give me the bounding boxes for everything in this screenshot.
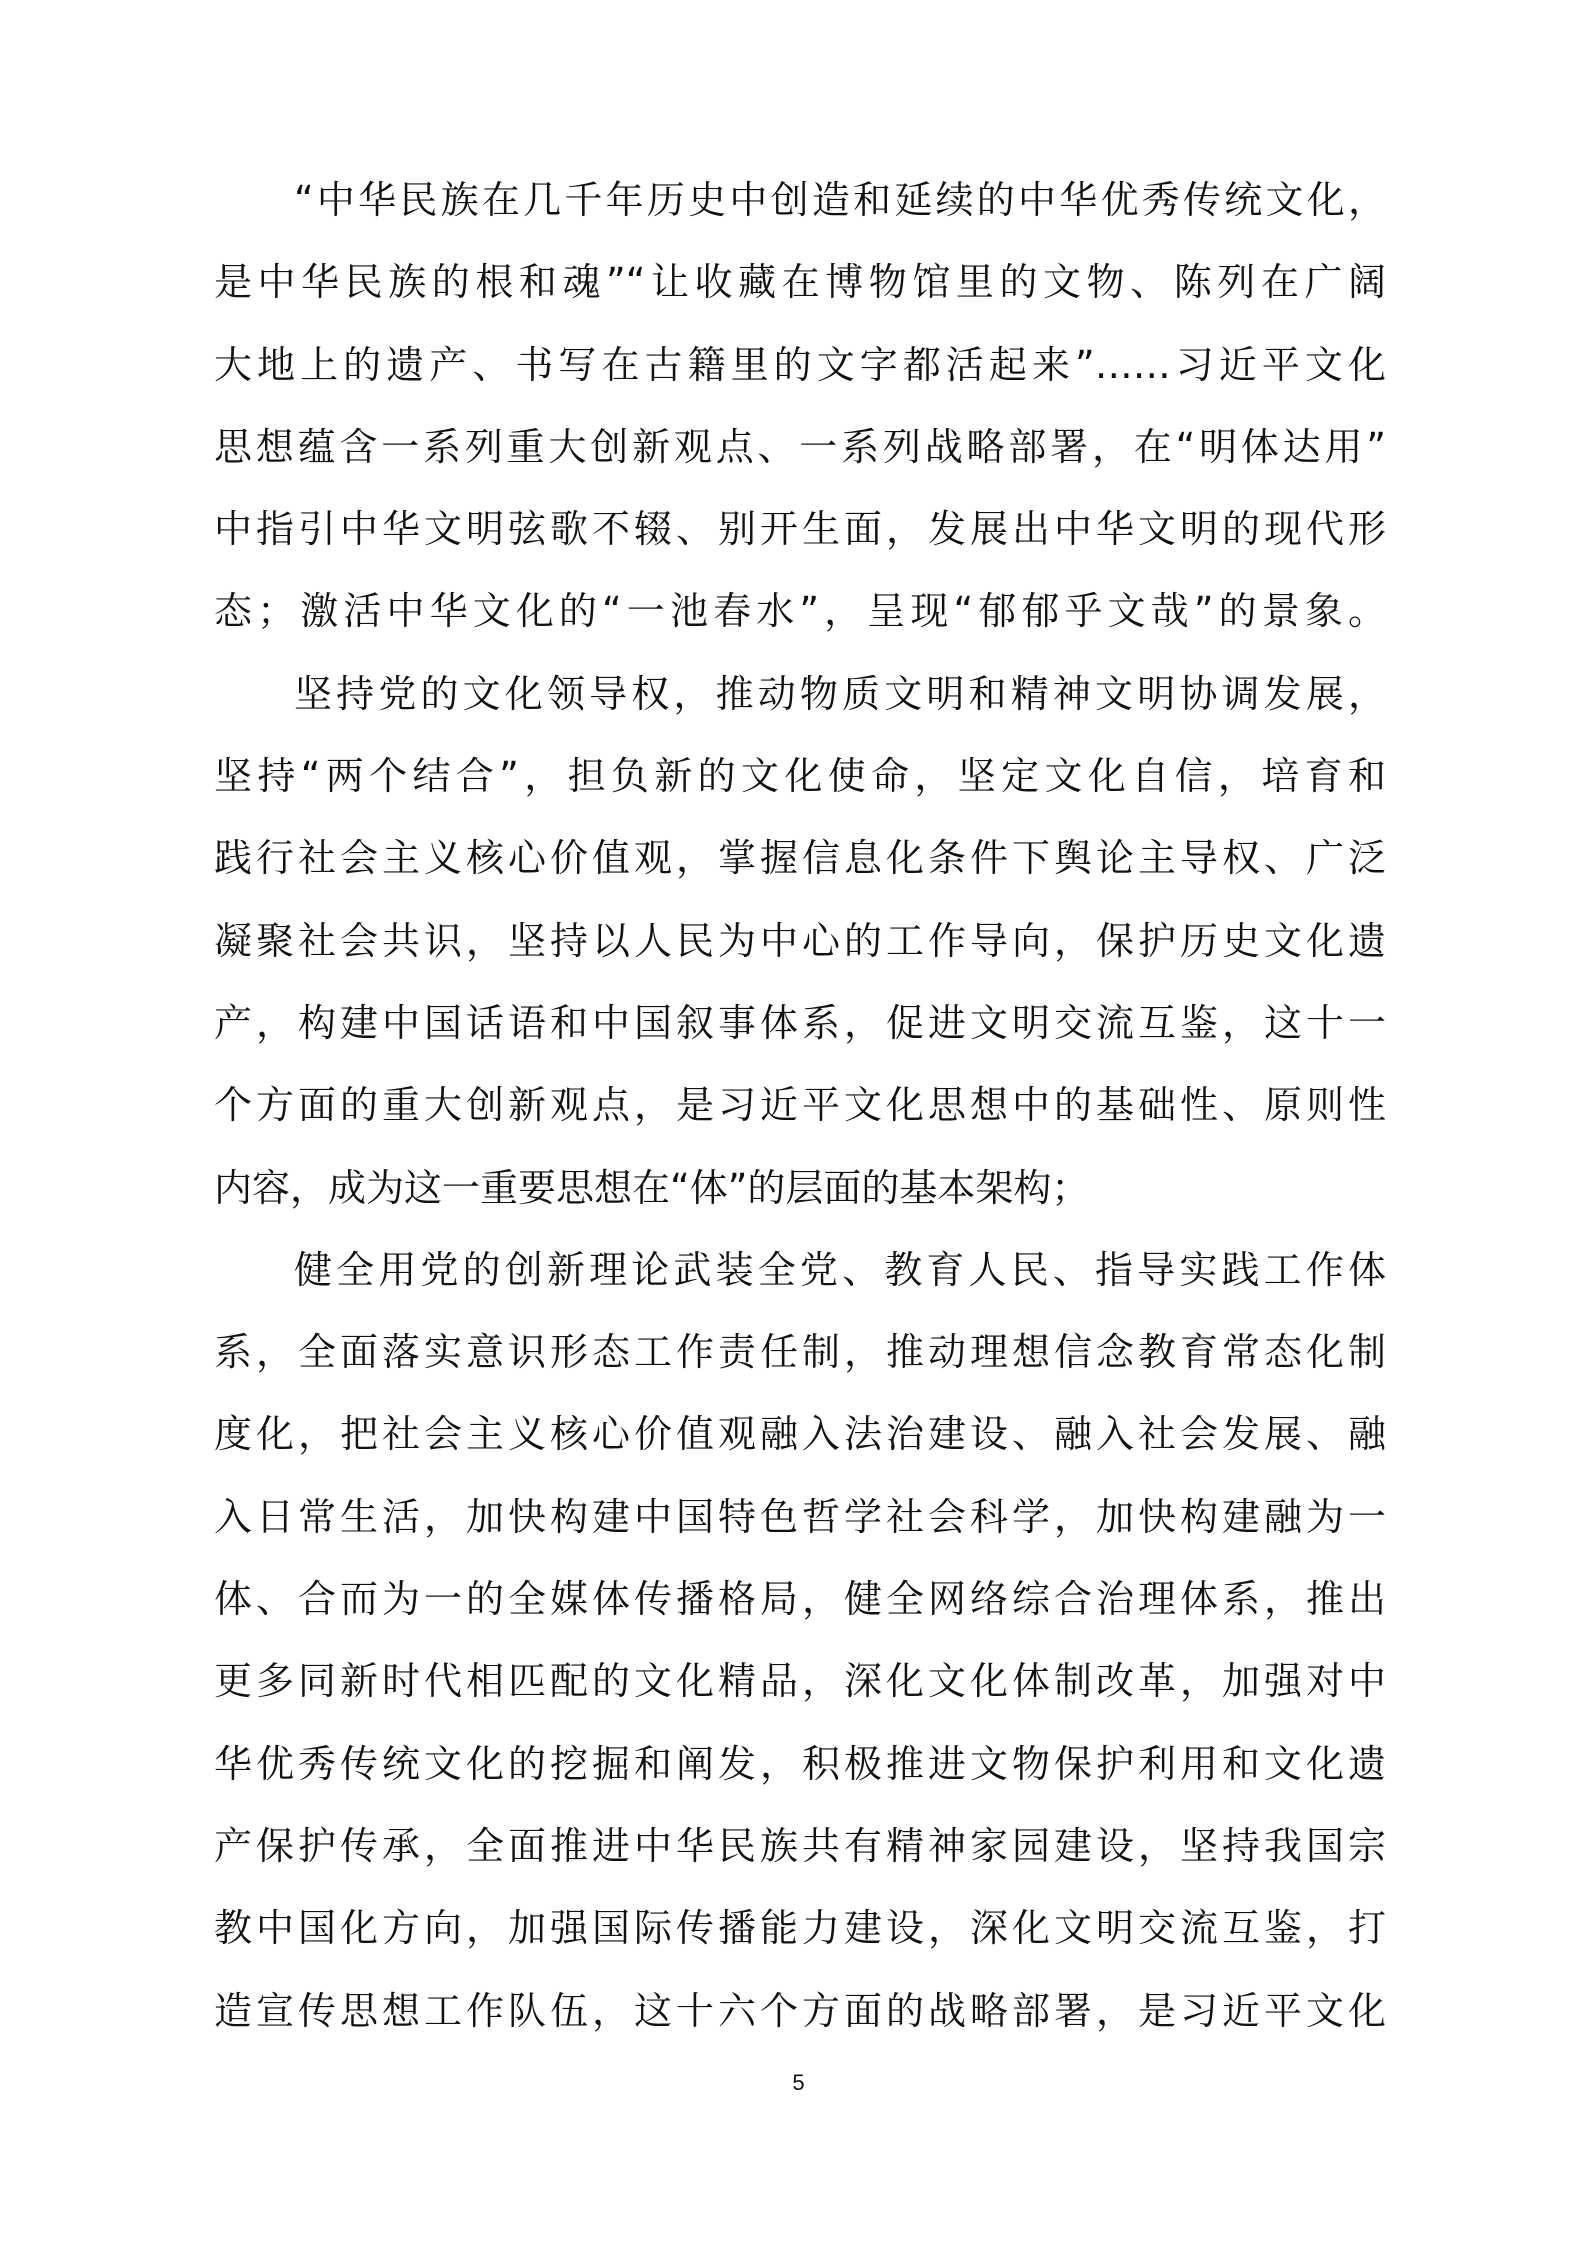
- paragraph-2-line-4: 凝聚社会共识，坚持以人民为中心的工作导向，保护历史文化遗: [214, 911, 1386, 993]
- paragraph-1-line-4: 思想蕴含一系列重大创新观点、一系列战略部署，在“明体达用”: [214, 417, 1386, 499]
- paragraph-3-line-5: 体、合而为一的全媒体传播格局，健全网络综合治理体系，推出: [214, 1569, 1386, 1651]
- body-text: “中华民族在几千年历史中创造和延续的中华优秀传统文化， 是中华民族的根和魂”“让…: [214, 170, 1386, 2063]
- paragraph-2-line-3: 践行社会主义核心价值观，掌握信息化条件下舆论主导权、广泛: [214, 828, 1386, 910]
- page-number: 5: [0, 2070, 1587, 2096]
- paragraph-3-line-8: 产保护传承，全面推进中华民族共有精神家园建设，坚持我国宗: [214, 1816, 1386, 1898]
- paragraph-3-line-9: 教中国化方向，加强国际传播能力建设，深化文明交流互鉴，打: [214, 1898, 1386, 1980]
- paragraph-3-line-7: 华优秀传统文化的挖掘和阐发，积极推进文物保护利用和文化遗: [214, 1734, 1386, 1816]
- paragraph-3-line-4: 入日常生活，加快构建中国特色哲学社会科学，加快构建融为一: [214, 1487, 1386, 1569]
- paragraph-1-line-2: 是中华民族的根和魂”“让收藏在博物馆里的文物、陈列在广阔: [214, 252, 1386, 334]
- paragraph-2-line-7: 内容，成为这一重要思想在“体”的层面的基本架构；: [214, 1158, 1386, 1240]
- paragraph-3-line-10: 造宣传思想工作队伍，这十六个方面的战略部署，是习近平文化: [214, 1981, 1386, 2063]
- paragraph-3-line-2: 系，全面落实意识形态工作责任制，推动理想信念教育常态化制: [214, 1322, 1386, 1404]
- paragraph-3-line-1: 健全用党的创新理论武装全党、教育人民、指导实践工作体: [214, 1240, 1386, 1322]
- paragraph-2-line-1: 坚持党的文化领导权，推动物质文明和精神文明协调发展，: [214, 664, 1386, 746]
- document-page: “中华民族在几千年历史中创造和延续的中华优秀传统文化， 是中华民族的根和魂”“让…: [0, 0, 1587, 2245]
- paragraph-1-line-6: 态；激活中华文化的“一池春水”，呈现“郁郁乎文哉”的景象。: [214, 581, 1386, 663]
- paragraph-2-line-2: 坚持“两个结合”，担负新的文化使命，坚定文化自信，培育和: [214, 746, 1386, 828]
- paragraph-1-line-5: 中指引中华文明弦歌不辍、别开生面，发展出中华文明的现代形: [214, 499, 1386, 581]
- paragraph-3-line-6: 更多同新时代相匹配的文化精品，深化文化体制改革，加强对中: [214, 1651, 1386, 1733]
- paragraph-2-line-5: 产，构建中国话语和中国叙事体系，促进文明交流互鉴，这十一: [214, 993, 1386, 1075]
- paragraph-3-line-3: 度化，把社会主义核心价值观融入法治建设、融入社会发展、融: [214, 1404, 1386, 1486]
- paragraph-1-line-1: “中华民族在几千年历史中创造和延续的中华优秀传统文化，: [214, 170, 1386, 252]
- paragraph-2-line-6: 个方面的重大创新观点，是习近平文化思想中的基础性、原则性: [214, 1075, 1386, 1157]
- paragraph-1-line-3: 大地上的遗产、书写在古籍里的文字都活起来”……习近平文化: [214, 335, 1386, 417]
